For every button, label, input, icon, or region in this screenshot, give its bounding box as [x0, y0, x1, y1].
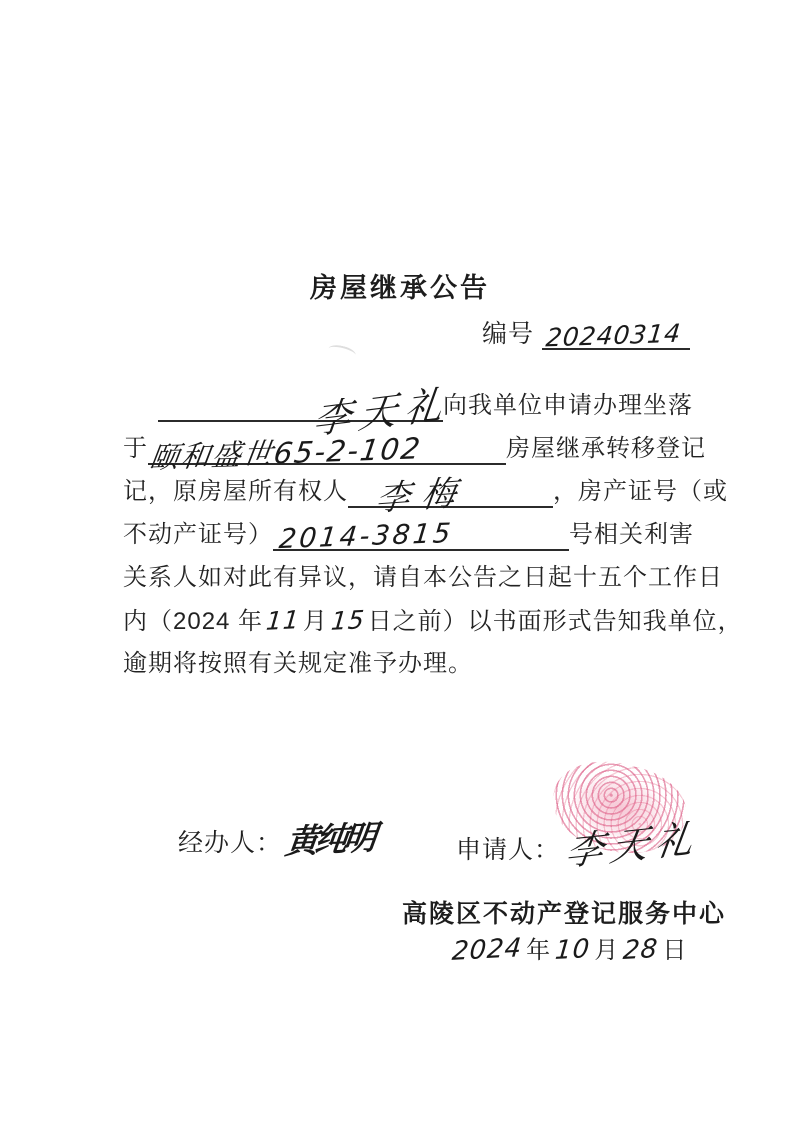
owner-name-field: 李梅 — [348, 478, 553, 508]
body-line-6: 内（2024 年11月15日之前）以书面形式告知我单位， — [123, 605, 743, 638]
body-line-5: 关系人如对此有异议，请自本公告之日起十五个工作日 — [123, 562, 723, 594]
doc-number-field: 20240314 — [542, 320, 690, 350]
month-label: 月 — [594, 937, 619, 964]
year-label: 年 — [526, 937, 551, 964]
issue-day-handwriting: 28 — [622, 934, 660, 966]
body-line-6-suffix: 日之前）以书面形式告知我单位， — [368, 608, 743, 635]
body-line-4-prefix: 不动产证号） — [123, 521, 273, 548]
body-line-3-suffix: ，房产证号（或 — [553, 478, 728, 505]
body-line-2-text: 房屋继承转移登记 — [506, 435, 706, 462]
applicant-name-handwriting: 李天礼 — [311, 387, 452, 437]
deadline-day-handwriting: 15 — [329, 604, 366, 638]
deadline-month-handwriting: 11 — [265, 604, 302, 638]
applicant-signature-block: 申请人：李天礼 — [456, 814, 701, 869]
issuing-org-name: 高陵区不动产登记服务中心 — [402, 894, 726, 930]
body-line-6-month-label: 月 — [303, 608, 328, 635]
scanned-notice-page: 房屋继承公告 编号 20240314 李天礼 向我单位申请办理坐落 于 颐和盛世… — [0, 0, 800, 1140]
body-line-4-suffix: 号相关利害 — [569, 521, 694, 548]
body-line-7: 逾期将按照有关规定准予办理。 — [123, 648, 473, 680]
body-line-4: 不动产证号） 2014-3815 号相关利害 — [123, 519, 694, 551]
body-line-1-text: 向我单位申请办理坐落 — [443, 392, 693, 419]
body-line-1: 李天礼 向我单位申请办理坐落 — [158, 390, 693, 422]
body-line-2: 于 颐和盛世65-2-102 房屋继承转移登记 — [123, 433, 706, 465]
address-handwriting: 颐和盛世65-2-102 — [148, 432, 424, 474]
applicant-label: 申请人： — [456, 830, 560, 866]
body-line-6-prefix: 内（2024 年 — [123, 608, 263, 635]
body-line-3: 记，原房屋所有权人 李梅 ，房产证号（或 — [123, 476, 728, 508]
day-label: 日 — [662, 937, 687, 964]
doc-number-label: 编号 — [482, 320, 534, 348]
doc-number-handwriting: 20240314 — [544, 319, 682, 353]
handler-signature-block: 经办人：黄纯明 — [178, 814, 373, 861]
page-title: 房屋继承公告 — [0, 266, 800, 305]
issue-month-handwriting: 10 — [554, 934, 592, 966]
owner-name-handwriting: 李梅 — [374, 477, 470, 516]
issue-year-handwriting: 2024 — [451, 933, 524, 967]
cert-number-field: 2014-3815 — [273, 521, 569, 551]
body-line-3-prefix: 记，原房屋所有权人 — [123, 478, 348, 505]
cert-number-handwriting: 2014-3815 — [277, 518, 454, 556]
applicant-name-field: 李天礼 — [158, 392, 443, 422]
pencil-smudge-mark — [327, 343, 357, 361]
handler-label: 经办人： — [178, 823, 282, 859]
handler-signature-handwriting: 黄纯明 — [283, 812, 376, 864]
doc-number-line: 编号 20240314 — [482, 314, 690, 350]
address-field: 颐和盛世65-2-102 — [148, 435, 506, 465]
issue-date-line: 2024年10月28日 — [448, 930, 687, 965]
body-line-2-prefix: 于 — [123, 435, 148, 462]
